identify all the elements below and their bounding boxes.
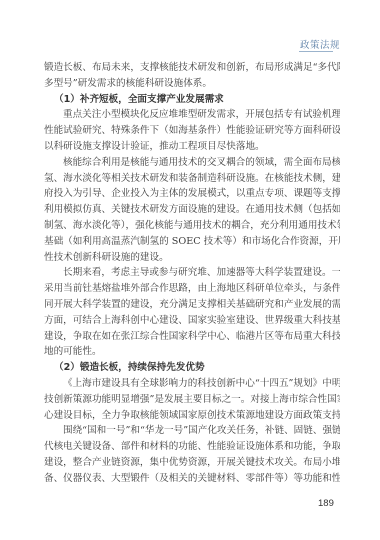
body-text-line: 建设，争取在如在张江综合性国家科学中心、临港片区等布局重大科技基础设施落 — [44, 329, 340, 345]
body-text-line: 心建设目标，全力争取核能领域国家原创技术策源地建设方面政策支持。 — [44, 408, 340, 424]
body-text-line: 代核电关键设备、部件和材料的功能、性能验证设施体系和功能，争取产业链链长 — [44, 439, 340, 455]
body-text-line: 采用当前钍基熔盐堆外部合作思路，由上海地区科研单位牵头，与条件适合地区协 — [44, 281, 340, 297]
body-text-line: 备、仪器仪表、大型锻件（及相关的关键材料、零部件等）等功能和性能验证台架。 — [44, 471, 340, 487]
page-number: 189 — [318, 498, 334, 509]
body-text-line: 技创新策源功能明显增强”是发展主要目标之一。对接上海市综合性国家科学中 — [44, 392, 340, 408]
body-text-line: 多型号”研发需求的核能科研设施体系。 — [44, 76, 340, 92]
body-text-line: 围绕“国和一号”和“华龙一号”国产化攻关任务，补链、固链、强链，完善三 — [44, 423, 340, 439]
body-text-line: 利用模拟仿真、关键技术研发方面设施的建设。在通用技术侧（包括如供热/制冷、 — [44, 202, 340, 218]
section-heading: （2）锻造长板，持续保持先发优势 — [44, 360, 340, 376]
header-underline — [299, 51, 333, 52]
body-text-line: 重点关注小型模块化反应堆堆型研发需求，开展包括专有试验机理研究、整体 — [44, 107, 340, 123]
body-text-line: 核能综合利用是核能与通用技术的交叉耦合的领域，需全面布局核能供热、制 — [44, 155, 340, 171]
body-text-line: 基础（如利用高温蒸汽制氢的 SOEC 技术等）和市场化合作资源，开展支撑集成 — [44, 234, 340, 250]
body-text-line: 方面，可结合上海科创中心建设、国家实验室建设、世界级重大科技基础设施集群 — [44, 313, 340, 329]
body-text-line: 建设，整合产业链资源，集中优势资源，开展关键技术攻关。布局小堆、四代堆主设 — [44, 455, 340, 471]
body-text-line: 地的可能性。 — [44, 344, 340, 360]
body-text-line: 《上海市建设具有全球影响力的科技创新中心“十四五”规划》中明确，“科 — [44, 376, 340, 392]
body-text-line: 氢、海水淡化等相关技术研发和装备制造科研设施。在核能技术侧，建议形成以政 — [44, 171, 340, 187]
body-text-line: 性能试验研究、特殊条件下（如海基条件）性能验证研究等方面科研设施的建设。 — [44, 123, 340, 139]
page-body: 锻造长板、布局未来，支撑核能技术研发和创新，布局形成满足“多代际、多用途、多型号… — [44, 60, 340, 487]
body-text-line: 府投入为引导、企业投入为主体的发展模式，以重点专项、课题等支撑在核能综合 — [44, 186, 340, 202]
body-text-line: 性技术创新科研设施的建设。 — [44, 250, 340, 266]
running-header-section: 政策法规 — [300, 37, 340, 51]
body-text-line: 长期来看，考虑主导或参与研究堆、加速器等大科学装置建设。一方面可考虑 — [44, 265, 340, 281]
body-text-line: 以科研设施支撑设计验证，推动工程项目尽快落地。 — [44, 139, 340, 155]
body-text-line: 锻造长板、布局未来，支撑核能技术研发和创新，布局形成满足“多代际、多用途、 — [44, 60, 340, 76]
section-heading: （1）补齐短板，全面支撑产业发展需求 — [44, 92, 340, 108]
body-text-line: 制氢、海水淡化等），强化核能与通用技术的耦合，充分利用通用技术领域技术研发 — [44, 218, 340, 234]
body-text-line: 同开展大科学装置的建设，充分满足支撑相关基础研究和产业发展的需求。另一 — [44, 297, 340, 313]
